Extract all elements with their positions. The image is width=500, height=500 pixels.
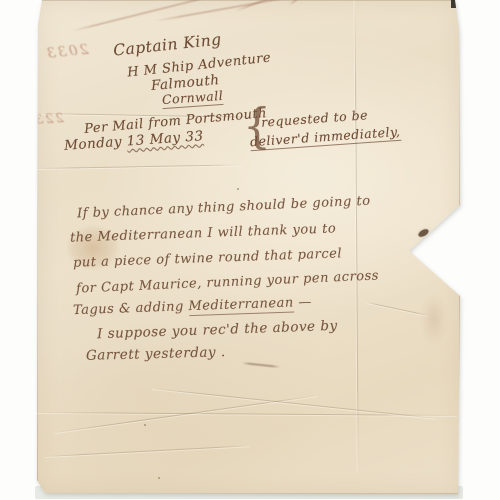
show-through-smudge bbox=[421, 293, 447, 345]
paper-speck bbox=[158, 477, 160, 479]
fold-crease bbox=[367, 302, 428, 316]
signature-line: Garrett yesterday . bbox=[86, 344, 226, 364]
bleed-through-flourish bbox=[288, 0, 324, 6]
letter-photo: 2033 223 Captain King H M Ship Adventure… bbox=[0, 0, 500, 500]
postal-day: Monday bbox=[64, 134, 128, 154]
body-line: Tagus & adding Mediterranean — bbox=[73, 295, 312, 318]
body-line: for Capt Maurice, running your pen acros… bbox=[76, 268, 379, 296]
body-line5-underlined: Mediterranean bbox=[188, 295, 294, 316]
seal-remnant-spot bbox=[417, 228, 430, 238]
body-line: If by chance any thing should be going t… bbox=[77, 194, 371, 222]
fold-crease bbox=[355, 0, 359, 470]
body-line: the Mediterranean I will thank you to bbox=[70, 221, 337, 245]
body-line5-dash: — bbox=[293, 295, 312, 311]
signature-flourish bbox=[242, 362, 280, 368]
paper-speck bbox=[144, 424, 146, 426]
body-line: I suppose you rec'd the above by bbox=[97, 318, 338, 342]
bleed-through-flourish bbox=[72, 0, 218, 32]
show-through-numbers-top: 2033 bbox=[44, 42, 89, 62]
address-recipient: Captain King bbox=[112, 30, 222, 59]
address-county: Cornwall bbox=[161, 88, 223, 109]
paper-wrap: 2033 223 Captain King H M Ship Adventure… bbox=[0, 0, 500, 500]
paper-speck bbox=[237, 188, 239, 190]
show-through-numbers-left: 223 bbox=[33, 111, 65, 128]
fold-crease bbox=[37, 164, 242, 169]
body-line5-plain: Tagus & adding bbox=[73, 299, 189, 318]
bleed-through-flourish bbox=[235, 0, 322, 12]
corner-dark-mark bbox=[451, 0, 457, 8]
letter-paper: 2033 223 Captain King H M Ship Adventure… bbox=[37, 0, 460, 494]
fold-crease bbox=[45, 445, 250, 457]
